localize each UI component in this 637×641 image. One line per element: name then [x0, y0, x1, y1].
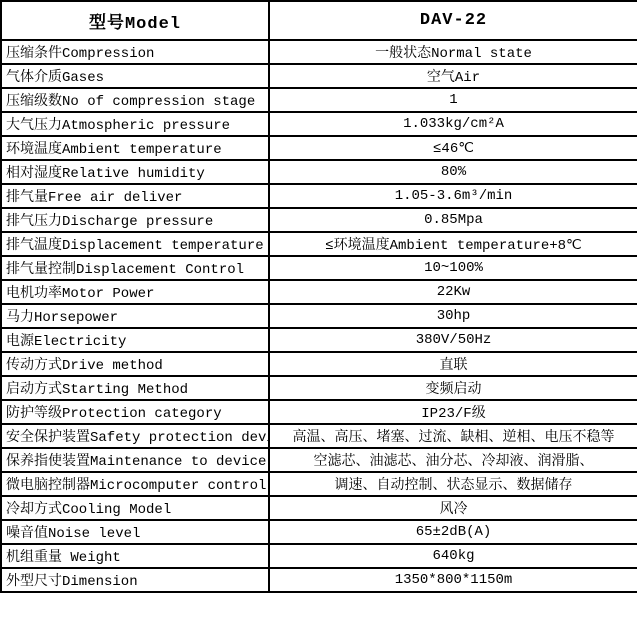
spec-row: 机组重量 Weight 640kg: [1, 544, 637, 568]
spec-value-cell: 1350*800*1150m: [269, 568, 637, 592]
spec-row: 压缩级数No of compression stage 1: [1, 88, 637, 112]
spec-row: 相对湿度Relative humidity 80%: [1, 160, 637, 184]
spec-param-cell: 压缩条件Compression: [1, 40, 269, 64]
spec-value-cell: 风冷: [269, 496, 637, 520]
spec-param-cell: 微电脑控制器Microcomputer controller: [1, 472, 269, 496]
spec-table-body: 压缩条件Compression 一般状态Normal state 气体介质Gas…: [1, 40, 637, 592]
spec-value-cell: ≤环境温度Ambient temperature+8℃: [269, 232, 637, 256]
spec-param-cell: 保养指使装置Maintenance to device: [1, 448, 269, 472]
spec-value-cell: IP23/F级: [269, 400, 637, 424]
spec-value-cell: 1.033kg/cm²A: [269, 112, 637, 136]
spec-param-cell: 电机功率Motor Power: [1, 280, 269, 304]
spec-value-cell: 一般状态Normal state: [269, 40, 637, 64]
spec-value-cell: 65±2dB(A): [269, 520, 637, 544]
spec-param-cell: 排气量控制Displacement Control: [1, 256, 269, 280]
header-model-label: 型号Model: [1, 1, 269, 40]
spec-row: 压缩条件Compression 一般状态Normal state: [1, 40, 637, 64]
spec-value-cell: 空滤芯、油滤芯、油分芯、冷却液、润滑脂、: [269, 448, 637, 472]
spec-param-cell: 压缩级数No of compression stage: [1, 88, 269, 112]
spec-value-cell: 高温、高压、堵塞、过流、缺相、逆相、电压不稳等: [269, 424, 637, 448]
spec-row: 环境温度Ambient temperature ≤46℃: [1, 136, 637, 160]
spec-param-cell: 排气量Free air deliver: [1, 184, 269, 208]
spec-param-cell: 启动方式Starting Method: [1, 376, 269, 400]
spec-row: 噪音值Noise level 65±2dB(A): [1, 520, 637, 544]
spec-param-cell: 安全保护装置Safety protection device: [1, 424, 269, 448]
spec-value-cell: 640kg: [269, 544, 637, 568]
spec-value-cell: 调速、自动控制、状态显示、数据储存: [269, 472, 637, 496]
spec-param-cell: 大气压力Atmospheric pressure: [1, 112, 269, 136]
spec-value-cell: 直联: [269, 352, 637, 376]
spec-value-cell: 0.85Mpa: [269, 208, 637, 232]
spec-row: 电源Electricity 380V/50Hz: [1, 328, 637, 352]
spec-row: 保养指使装置Maintenance to device 空滤芯、油滤芯、油分芯、…: [1, 448, 637, 472]
spec-value-cell: 30hp: [269, 304, 637, 328]
spec-row: 气体介质Gases 空气Air: [1, 64, 637, 88]
spec-param-cell: 马力Horsepower: [1, 304, 269, 328]
spec-param-cell: 排气温度Displacement temperature: [1, 232, 269, 256]
spec-row: 外型尺寸Dimension 1350*800*1150m: [1, 568, 637, 592]
spec-param-cell: 防护等级Protection category: [1, 400, 269, 424]
spec-table: 型号Model DAV-22 压缩条件Compression 一般状态Norma…: [0, 0, 637, 593]
spec-value-cell: 1: [269, 88, 637, 112]
spec-row: 电机功率Motor Power 22Kw: [1, 280, 637, 304]
spec-row: 传动方式Drive method 直联: [1, 352, 637, 376]
spec-row: 微电脑控制器Microcomputer controller 调速、自动控制、状…: [1, 472, 637, 496]
spec-row: 马力Horsepower 30hp: [1, 304, 637, 328]
spec-row: 防护等级Protection category IP23/F级: [1, 400, 637, 424]
spec-value-cell: 380V/50Hz: [269, 328, 637, 352]
spec-param-cell: 环境温度Ambient temperature: [1, 136, 269, 160]
spec-value-cell: 变频启动: [269, 376, 637, 400]
spec-value-cell: 80%: [269, 160, 637, 184]
spec-row: 大气压力Atmospheric pressure 1.033kg/cm²A: [1, 112, 637, 136]
spec-row: 排气量Free air deliver 1.05-3.6m³/min: [1, 184, 637, 208]
spec-param-cell: 冷却方式Cooling Model: [1, 496, 269, 520]
spec-value-cell: 10~100%: [269, 256, 637, 280]
header-model-value: DAV-22: [269, 1, 637, 40]
spec-value-cell: 空气Air: [269, 64, 637, 88]
spec-value-cell: 1.05-3.6m³/min: [269, 184, 637, 208]
spec-param-cell: 排气压力Discharge pressure: [1, 208, 269, 232]
spec-value-cell: 22Kw: [269, 280, 637, 304]
spec-param-cell: 外型尺寸Dimension: [1, 568, 269, 592]
spec-param-cell: 气体介质Gases: [1, 64, 269, 88]
spec-row: 排气温度Displacement temperature ≤环境温度Ambien…: [1, 232, 637, 256]
spec-row: 冷却方式Cooling Model 风冷: [1, 496, 637, 520]
spec-param-cell: 传动方式Drive method: [1, 352, 269, 376]
spec-param-cell: 噪音值Noise level: [1, 520, 269, 544]
spec-param-cell: 电源Electricity: [1, 328, 269, 352]
spec-row: 启动方式Starting Method 变频启动: [1, 376, 637, 400]
spec-param-cell: 相对湿度Relative humidity: [1, 160, 269, 184]
spec-param-cell: 机组重量 Weight: [1, 544, 269, 568]
spec-row: 排气量控制Displacement Control 10~100%: [1, 256, 637, 280]
spec-value-cell: ≤46℃: [269, 136, 637, 160]
header-row: 型号Model DAV-22: [1, 1, 637, 40]
spec-row: 安全保护装置Safety protection device 高温、高压、堵塞、…: [1, 424, 637, 448]
spec-row: 排气压力Discharge pressure 0.85Mpa: [1, 208, 637, 232]
